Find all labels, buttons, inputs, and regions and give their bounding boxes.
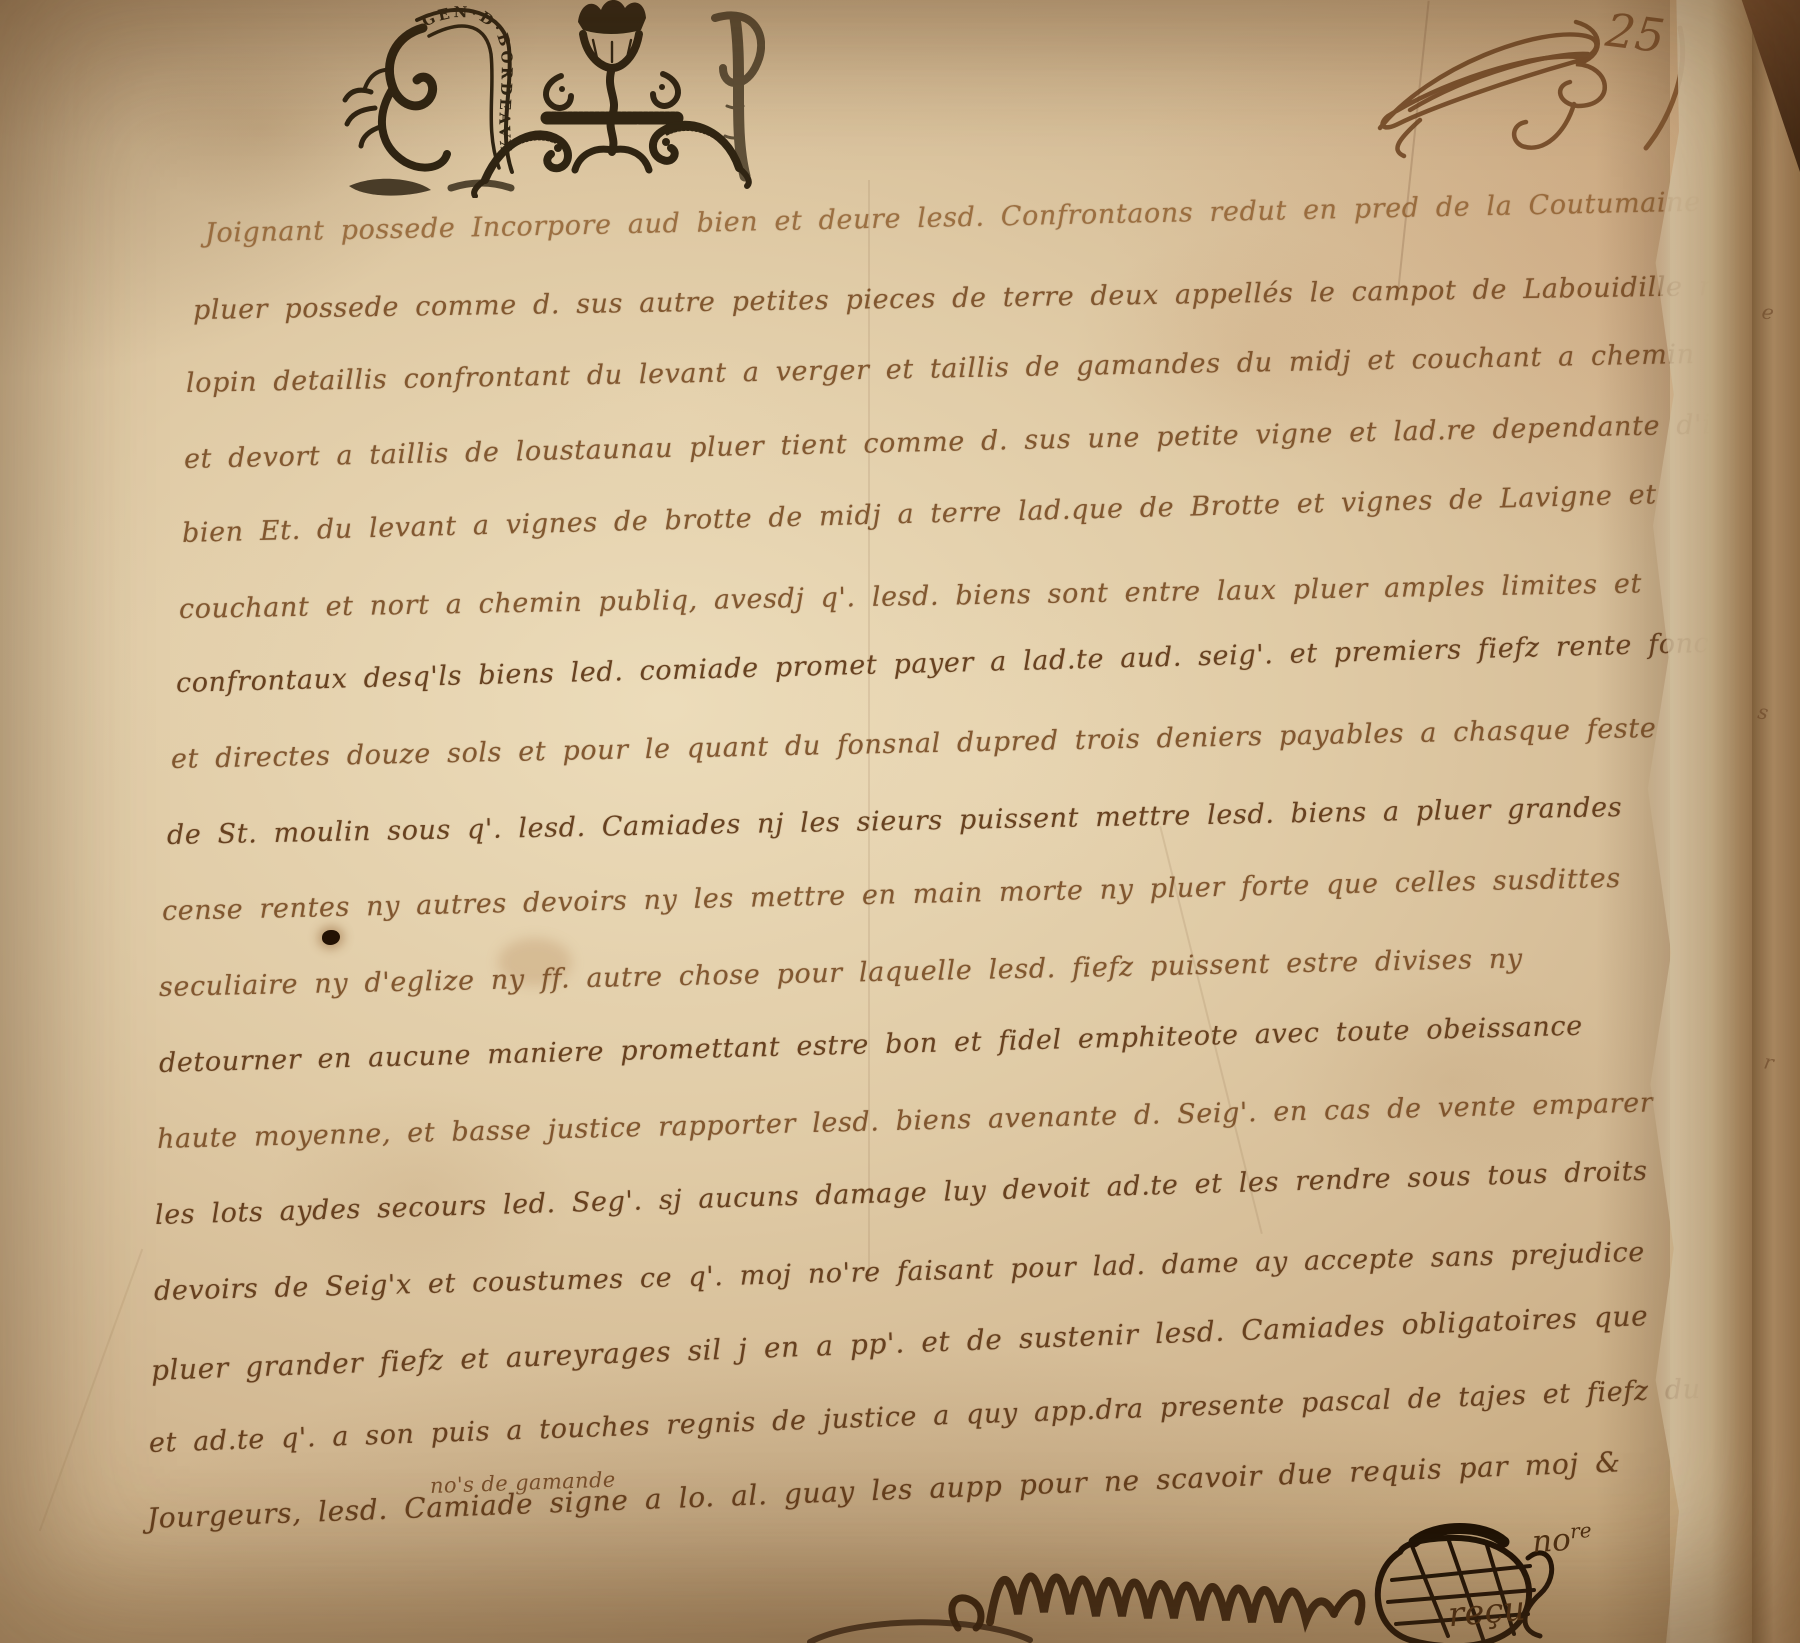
bordeaux-generalite-stamp: GEN·D·BORDEAVX bbox=[335, 0, 765, 198]
manuscript-line: seculiaire ny d'eglize ny ff. autre chos… bbox=[159, 943, 1523, 1003]
manuscript-line: et directes douze sols et pour le quant … bbox=[171, 713, 1657, 775]
manuscript-line: et devort a taillis de loustaunau pluer … bbox=[184, 408, 1754, 475]
opening-paraph-flourish bbox=[1360, 0, 1620, 185]
torn-page-edge bbox=[1640, 0, 1770, 1643]
manuscript-page: GEN·D·BORDEAVX 25 Joignant possede Incor… bbox=[0, 0, 1800, 1643]
manuscript-line: et ad.te q'. a son puis a touches regnis… bbox=[148, 1374, 1701, 1459]
manuscript-line: detourner en aucune maniere promettant e… bbox=[159, 1011, 1584, 1079]
crease-line bbox=[39, 1249, 143, 1532]
manuscript-line: bien Et. du levant a vignes de brotte de… bbox=[182, 479, 1658, 549]
notary-abbreviation: nore bbox=[1531, 1518, 1594, 1560]
showthrough-writing: e bbox=[1760, 299, 1776, 325]
manuscript-line: haute moyenne, et basse justice rapporte… bbox=[157, 1087, 1654, 1155]
received-note: reçu bbox=[1446, 1589, 1527, 1636]
next-page-sliver: e s r bbox=[1752, 0, 1800, 1643]
manuscript-line: de St. moulin sous q'. lesd. Camiades nj… bbox=[167, 792, 1623, 851]
manuscript-line: lopin detaillis confrontant du levant a … bbox=[186, 337, 1791, 399]
showthrough-writing: s bbox=[1756, 699, 1770, 724]
manuscript-line: pluer possede comme d. sus autre petites… bbox=[193, 269, 1800, 326]
manuscript-line: confrontaux desq'ls biens led. comiade p… bbox=[176, 626, 1766, 699]
bottom-flourish-arc bbox=[800, 1612, 1040, 1643]
showthrough-writing: r bbox=[1762, 1049, 1776, 1074]
manuscript-line: pluer grander fiefz et aureyrages sil j … bbox=[150, 1299, 1648, 1387]
manuscript-line: les lots aydes secours led. Seg'. sj auc… bbox=[155, 1156, 1648, 1231]
manuscript-line: devoirs de Seig'x et coustumes ce q'. mo… bbox=[154, 1237, 1646, 1307]
manuscript-line: couchant et nort a chemin publiq, avesdj… bbox=[179, 568, 1642, 625]
manuscript-line: cense rentes ny autres devoirs ny les me… bbox=[162, 863, 1621, 927]
ink-blot bbox=[322, 930, 340, 945]
